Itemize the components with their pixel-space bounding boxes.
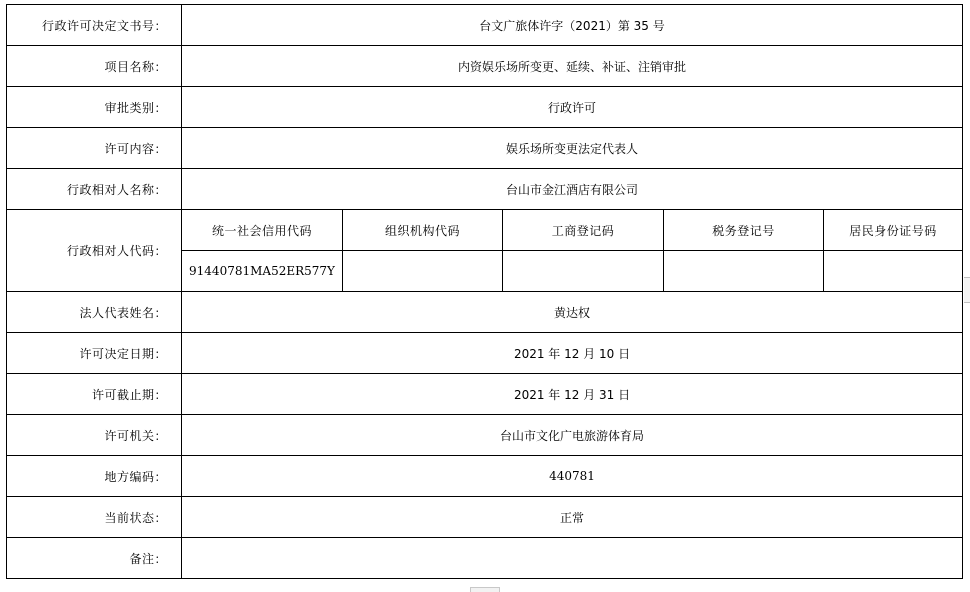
value-legal-representative: 黄达权	[182, 292, 963, 333]
row-permit-content: 许可内容： 娱乐场所变更法定代表人	[7, 128, 963, 169]
horizontal-scrollbar-thumb[interactable]	[470, 587, 500, 592]
row-decision-document-number: 行政许可决定文书号： 台文广旅体许字（2021）第 35 号	[7, 5, 963, 46]
label-counterparty-name: 行政相对人名称：	[7, 169, 182, 210]
label-counterparty-code: 行政相对人代码：	[7, 210, 182, 292]
row-local-code: 地方编码： 440781	[7, 456, 963, 497]
value-decision-date: 2021 年 12 月 10 日	[182, 333, 963, 374]
value-permit-authority: 台山市文化广电旅游体育局	[182, 415, 963, 456]
vertical-scrollbar-thumb[interactable]	[964, 277, 970, 303]
label-permit-content: 许可内容：	[7, 128, 182, 169]
label-local-code: 地方编码：	[7, 456, 182, 497]
value-business-registration-code	[503, 251, 664, 292]
row-permit-authority: 许可机关： 台山市文化广电旅游体育局	[7, 415, 963, 456]
permit-info-table: 行政许可决定文书号： 台文广旅体许字（2021）第 35 号 项目名称： 内资娱…	[6, 4, 963, 579]
label-project-name: 项目名称：	[7, 46, 182, 87]
label-decision-date: 许可决定日期：	[7, 333, 182, 374]
row-decision-date: 许可决定日期： 2021 年 12 月 10 日	[7, 333, 963, 374]
header-organization-code: 组织机构代码	[343, 210, 503, 251]
row-current-status: 当前状态： 正常	[7, 497, 963, 538]
label-decision-document-number: 行政许可决定文书号：	[7, 5, 182, 46]
row-project-name: 项目名称： 内资娱乐场所变更、延续、补证、注销审批	[7, 46, 963, 87]
value-expiry-date: 2021 年 12 月 31 日	[182, 374, 963, 415]
value-unified-social-credit-code: 91440781MA52ER577Y	[182, 251, 343, 292]
label-approval-category: 审批类别：	[7, 87, 182, 128]
value-local-code: 440781	[182, 456, 963, 497]
label-expiry-date: 许可截止期：	[7, 374, 182, 415]
value-tax-registration-number	[664, 251, 824, 292]
value-project-name: 内资娱乐场所变更、延续、补证、注销审批	[182, 46, 963, 87]
row-approval-category: 审批类别： 行政许可	[7, 87, 963, 128]
row-expiry-date: 许可截止期： 2021 年 12 月 31 日	[7, 374, 963, 415]
row-counterparty-code-headers: 行政相对人代码： 统一社会信用代码 组织机构代码 工商登记码 税务登记号 居民身…	[7, 210, 963, 251]
label-current-status: 当前状态：	[7, 497, 182, 538]
header-resident-id-number: 居民身份证号码	[824, 210, 963, 251]
row-legal-representative: 法人代表姓名： 黄达权	[7, 292, 963, 333]
header-business-registration-code: 工商登记码	[503, 210, 664, 251]
label-permit-authority: 许可机关：	[7, 415, 182, 456]
value-counterparty-name: 台山市金江酒店有限公司	[182, 169, 963, 210]
value-approval-category: 行政许可	[182, 87, 963, 128]
value-organization-code	[343, 251, 503, 292]
header-unified-social-credit-code: 统一社会信用代码	[182, 210, 343, 251]
value-remarks	[182, 538, 963, 579]
value-permit-content: 娱乐场所变更法定代表人	[182, 128, 963, 169]
header-tax-registration-number: 税务登记号	[664, 210, 824, 251]
permit-record-page: 行政许可决定文书号： 台文广旅体许字（2021）第 35 号 项目名称： 内资娱…	[0, 0, 970, 592]
row-remarks: 备注：	[7, 538, 963, 579]
label-legal-representative: 法人代表姓名：	[7, 292, 182, 333]
value-current-status: 正常	[182, 497, 963, 538]
row-counterparty-name: 行政相对人名称： 台山市金江酒店有限公司	[7, 169, 963, 210]
value-resident-id-number	[824, 251, 963, 292]
value-decision-document-number: 台文广旅体许字（2021）第 35 号	[182, 5, 963, 46]
label-remarks: 备注：	[7, 538, 182, 579]
